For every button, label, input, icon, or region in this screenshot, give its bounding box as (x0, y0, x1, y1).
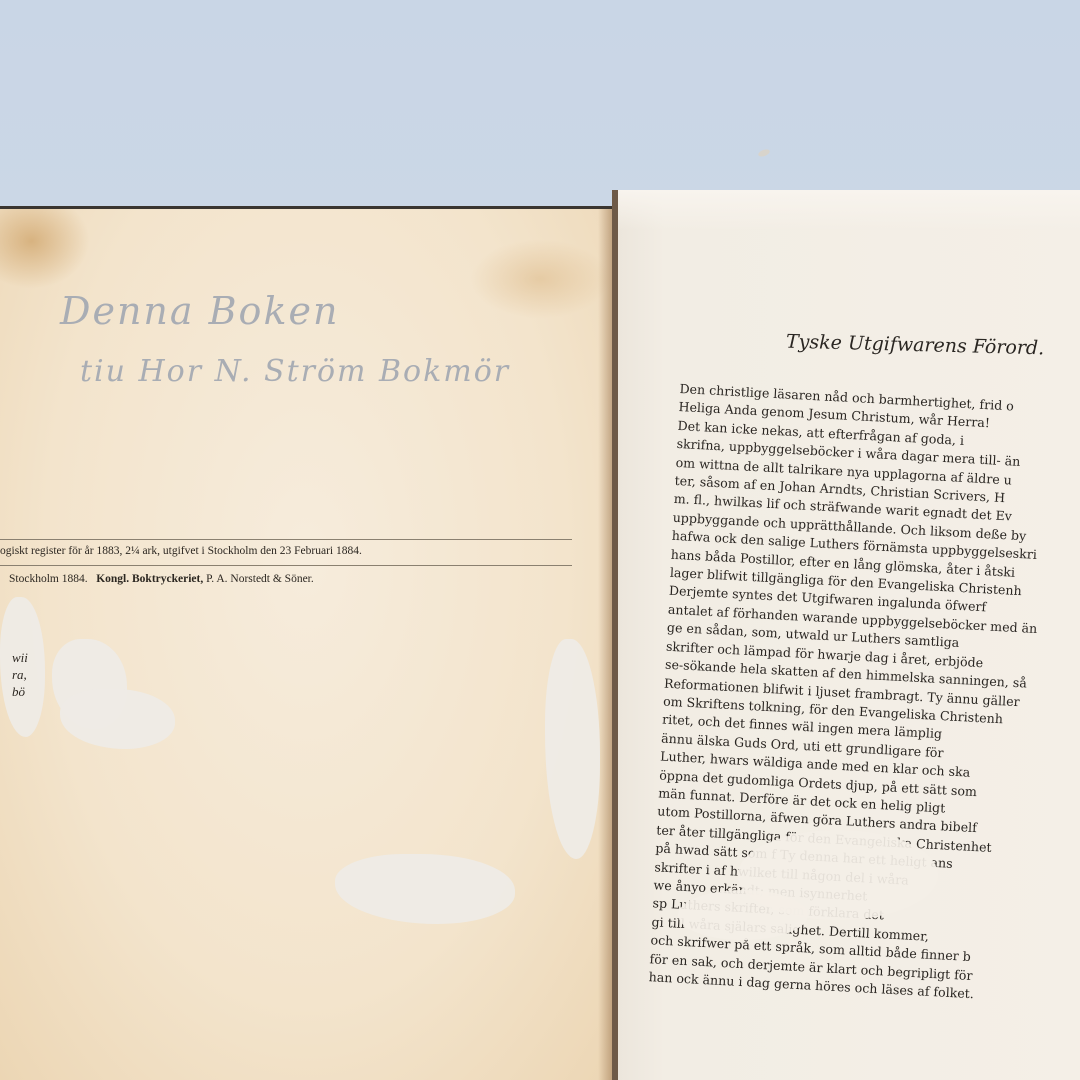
preface-heading: Tyske Utgifwarens Förord. (786, 331, 1045, 360)
divider-rule (0, 565, 572, 566)
printer-owner: P. A. Norstedt & Söner. (206, 573, 314, 585)
page-top-edge (618, 190, 1080, 230)
right-page: Tyske Utgifwarens Förord. Den christlige… (612, 190, 1080, 1080)
register-imprint-line: ogiskt register för år 1883, 2¼ ark, utg… (0, 545, 362, 557)
fragment-line: wii (12, 649, 28, 666)
torn-paper-patch (335, 854, 515, 924)
printer-city-year: Stockholm 1884. (9, 573, 88, 585)
handwritten-inscription-line-2: tiu Hor N. Ström Bokmör (80, 354, 510, 389)
torn-paper-patch (60, 689, 175, 749)
divider-rule (0, 539, 572, 540)
printer-imprint-line: Stockholm 1884. Kongl. Boktryckeriet, P.… (9, 573, 314, 585)
fragment-line: bö (12, 683, 28, 700)
dust-speck (757, 148, 770, 158)
page-gutter-shadow (598, 209, 612, 1080)
fragment-line: ra, (12, 666, 28, 683)
handwritten-inscription-line-1: Denna Boken (60, 289, 339, 333)
printer-name: Kongl. Boktryckeriet, (96, 573, 203, 585)
torn-fragment-text: wii ra, bö (12, 649, 28, 700)
torn-paper-patch (545, 639, 600, 859)
left-page: Denna Boken tiu Hor N. Ström Bokmör ogis… (0, 206, 612, 1080)
water-stain (470, 239, 610, 319)
water-stain (0, 209, 90, 289)
worn-paper-patch (678, 890, 808, 940)
